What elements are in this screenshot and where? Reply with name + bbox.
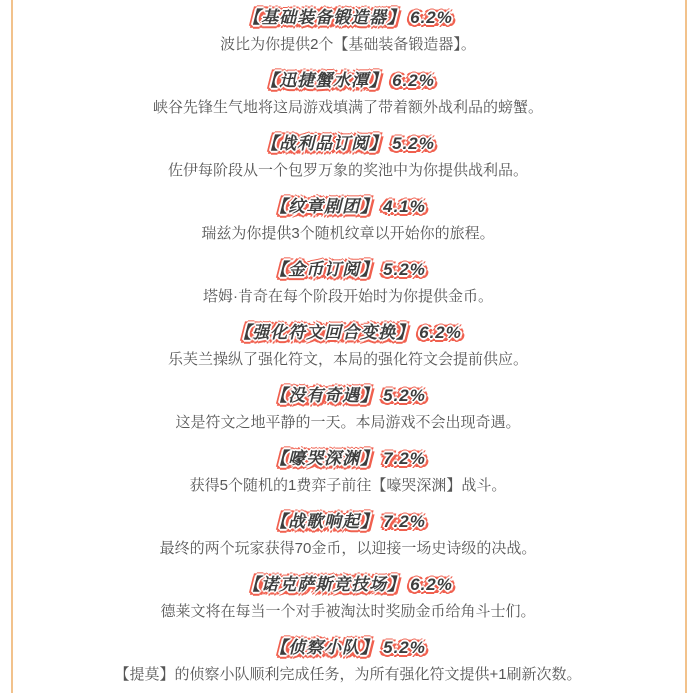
portal-description: 德莱文将在每当一个对手被淘汰时奖励金币给角斗士们。 [0, 601, 696, 623]
portal-description: 这是符文之地平静的一天。本局游戏不会出现奇遇。 [0, 412, 696, 434]
portal-chance: 5.2% [383, 260, 426, 279]
portal-title: 【基础装备锻造器】6.2% [0, 6, 696, 29]
portal-title: 【纹章剧团】4.1% [0, 195, 696, 218]
portal-description: 峡谷先锋生气地将这局游戏填满了带着额外战利品的螃蟹。 [0, 97, 696, 119]
portal-list: 【基础装备锻造器】6.2% 波比为你提供2个【基础装备锻造器】。 【迅捷蟹水潭】… [0, 0, 696, 686]
portal-chance: 7.2% [383, 512, 426, 531]
portal-title: 【诺克萨斯竞技场】6.2% [0, 573, 696, 596]
portal-name: 【金币订阅】 [270, 260, 378, 279]
portal-entry: 【强化符文回合变换】6.2% 乐芙兰操纵了强化符文，本局的强化符文会提前供应。 [0, 321, 696, 371]
portal-title: 【没有奇遇】5.2% [0, 384, 696, 407]
portal-title: 【战歌响起】7.2% [0, 510, 696, 533]
portal-chance: 7.2% [383, 449, 426, 468]
portal-name: 【战利品订阅】 [261, 134, 387, 153]
portal-entry: 【基础装备锻造器】6.2% 波比为你提供2个【基础装备锻造器】。 [0, 6, 696, 56]
portal-title: 【强化符文回合变换】6.2% [0, 321, 696, 344]
portal-entry: 【侦察小队】5.2% 【提莫】的侦察小队顺利完成任务，为所有强化符文提供+1刷新… [0, 636, 696, 686]
portal-name: 【嚎哭深渊】 [270, 449, 378, 468]
portal-description: 波比为你提供2个【基础装备锻造器】。 [0, 34, 696, 56]
portal-chance: 6.2% [410, 575, 453, 594]
portal-title: 【迅捷蟹水潭】6.2% [0, 69, 696, 92]
portal-entry: 【迅捷蟹水潭】6.2% 峡谷先锋生气地将这局游戏填满了带着额外战利品的螃蟹。 [0, 69, 696, 119]
portal-description: 【提莫】的侦察小队顺利完成任务，为所有强化符文提供+1刷新次数。 [0, 664, 696, 686]
portal-entry: 【诺克萨斯竞技场】6.2% 德莱文将在每当一个对手被淘汰时奖励金币给角斗士们。 [0, 573, 696, 623]
portal-title: 【金币订阅】5.2% [0, 258, 696, 281]
portal-entry: 【战歌响起】7.2% 最终的两个玩家获得70金币，以迎接一场史诗级的决战。 [0, 510, 696, 560]
portal-chance: 5.2% [383, 386, 426, 405]
portal-chance: 6.2% [392, 71, 435, 90]
portal-description: 获得5个随机的1费弈子前往【嚎哭深渊】战斗。 [0, 475, 696, 497]
portal-description: 乐芙兰操纵了强化符文，本局的强化符文会提前供应。 [0, 349, 696, 371]
portal-description: 瑞兹为你提供3个随机纹章以开始你的旅程。 [0, 223, 696, 245]
portal-description: 塔姆·肯奇在每个阶段开始时为你提供金币。 [0, 286, 696, 308]
portal-chance: 4.1% [383, 197, 426, 216]
portal-name: 【强化符文回合变换】 [234, 323, 414, 342]
portal-name: 【战歌响起】 [270, 512, 378, 531]
portal-chance: 5.2% [392, 134, 435, 153]
portal-entry: 【没有奇遇】5.2% 这是符文之地平静的一天。本局游戏不会出现奇遇。 [0, 384, 696, 434]
portal-name: 【没有奇遇】 [270, 386, 378, 405]
portal-description: 佐伊每阶段从一个包罗万象的奖池中为你提供战利品。 [0, 160, 696, 182]
portal-name: 【纹章剧团】 [270, 197, 378, 216]
portal-name: 【基础装备锻造器】 [243, 8, 405, 27]
portal-title: 【侦察小队】5.2% [0, 636, 696, 659]
portal-entry: 【嚎哭深渊】7.2% 获得5个随机的1费弈子前往【嚎哭深渊】战斗。 [0, 447, 696, 497]
portal-name: 【侦察小队】 [270, 638, 378, 657]
portal-title: 【战利品订阅】5.2% [0, 132, 696, 155]
portal-chance: 6.2% [410, 8, 453, 27]
portal-title: 【嚎哭深渊】7.2% [0, 447, 696, 470]
portal-description: 最终的两个玩家获得70金币，以迎接一场史诗级的决战。 [0, 538, 696, 560]
portal-chance: 6.2% [419, 323, 462, 342]
portal-name: 【诺克萨斯竞技场】 [243, 575, 405, 594]
portal-name: 【迅捷蟹水潭】 [261, 71, 387, 90]
portal-chance: 5.2% [383, 638, 426, 657]
portal-entry: 【金币订阅】5.2% 塔姆·肯奇在每个阶段开始时为你提供金币。 [0, 258, 696, 308]
portal-entry: 【战利品订阅】5.2% 佐伊每阶段从一个包罗万象的奖池中为你提供战利品。 [0, 132, 696, 182]
portal-entry: 【纹章剧团】4.1% 瑞兹为你提供3个随机纹章以开始你的旅程。 [0, 195, 696, 245]
